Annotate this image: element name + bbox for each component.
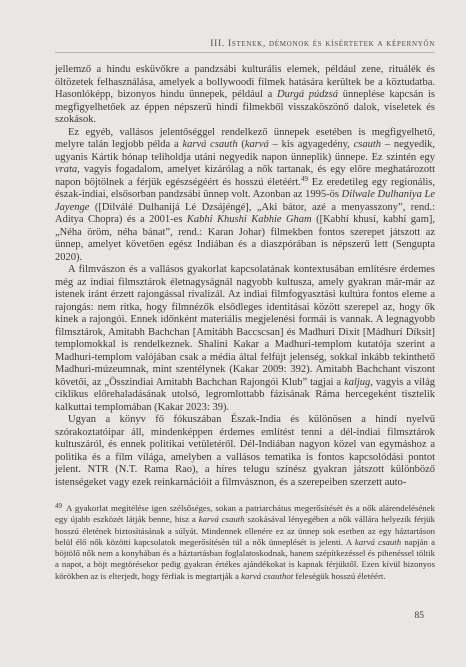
header-rule [55, 52, 435, 53]
body-paragraph: Ugyan a könyv fő fókuszában Észak-India … [55, 414, 435, 489]
body-paragraph: A filmvászon és a vallásos gyakorlat kap… [55, 264, 435, 414]
footnote-marker: 49 [55, 502, 62, 510]
running-head: III. Istenek, démonok és kísértetek a ké… [55, 39, 435, 52]
body-text: jellemző a hindu esküvőkre a pandzsábi k… [55, 64, 435, 489]
page-content: III. Istenek, démonok és kísértetek a ké… [55, 39, 435, 582]
footnote: 49A gyakorlat megítélése igen szélsősége… [55, 503, 435, 582]
body-paragraph: Ez egyéb, vallásos jelentőséggel rendelk… [55, 127, 435, 265]
body-paragraph: jellemző a hindu esküvőkre a pandzsábi k… [55, 64, 435, 127]
running-head-title: III. Istenek, démonok és kísértetek a ké… [210, 39, 435, 49]
footnote-text: A gyakorlat megítélése igen szélsőséges,… [55, 503, 435, 581]
page-number: 85 [415, 611, 425, 621]
book-page: III. Istenek, démonok és kísértetek a ké… [0, 0, 466, 667]
